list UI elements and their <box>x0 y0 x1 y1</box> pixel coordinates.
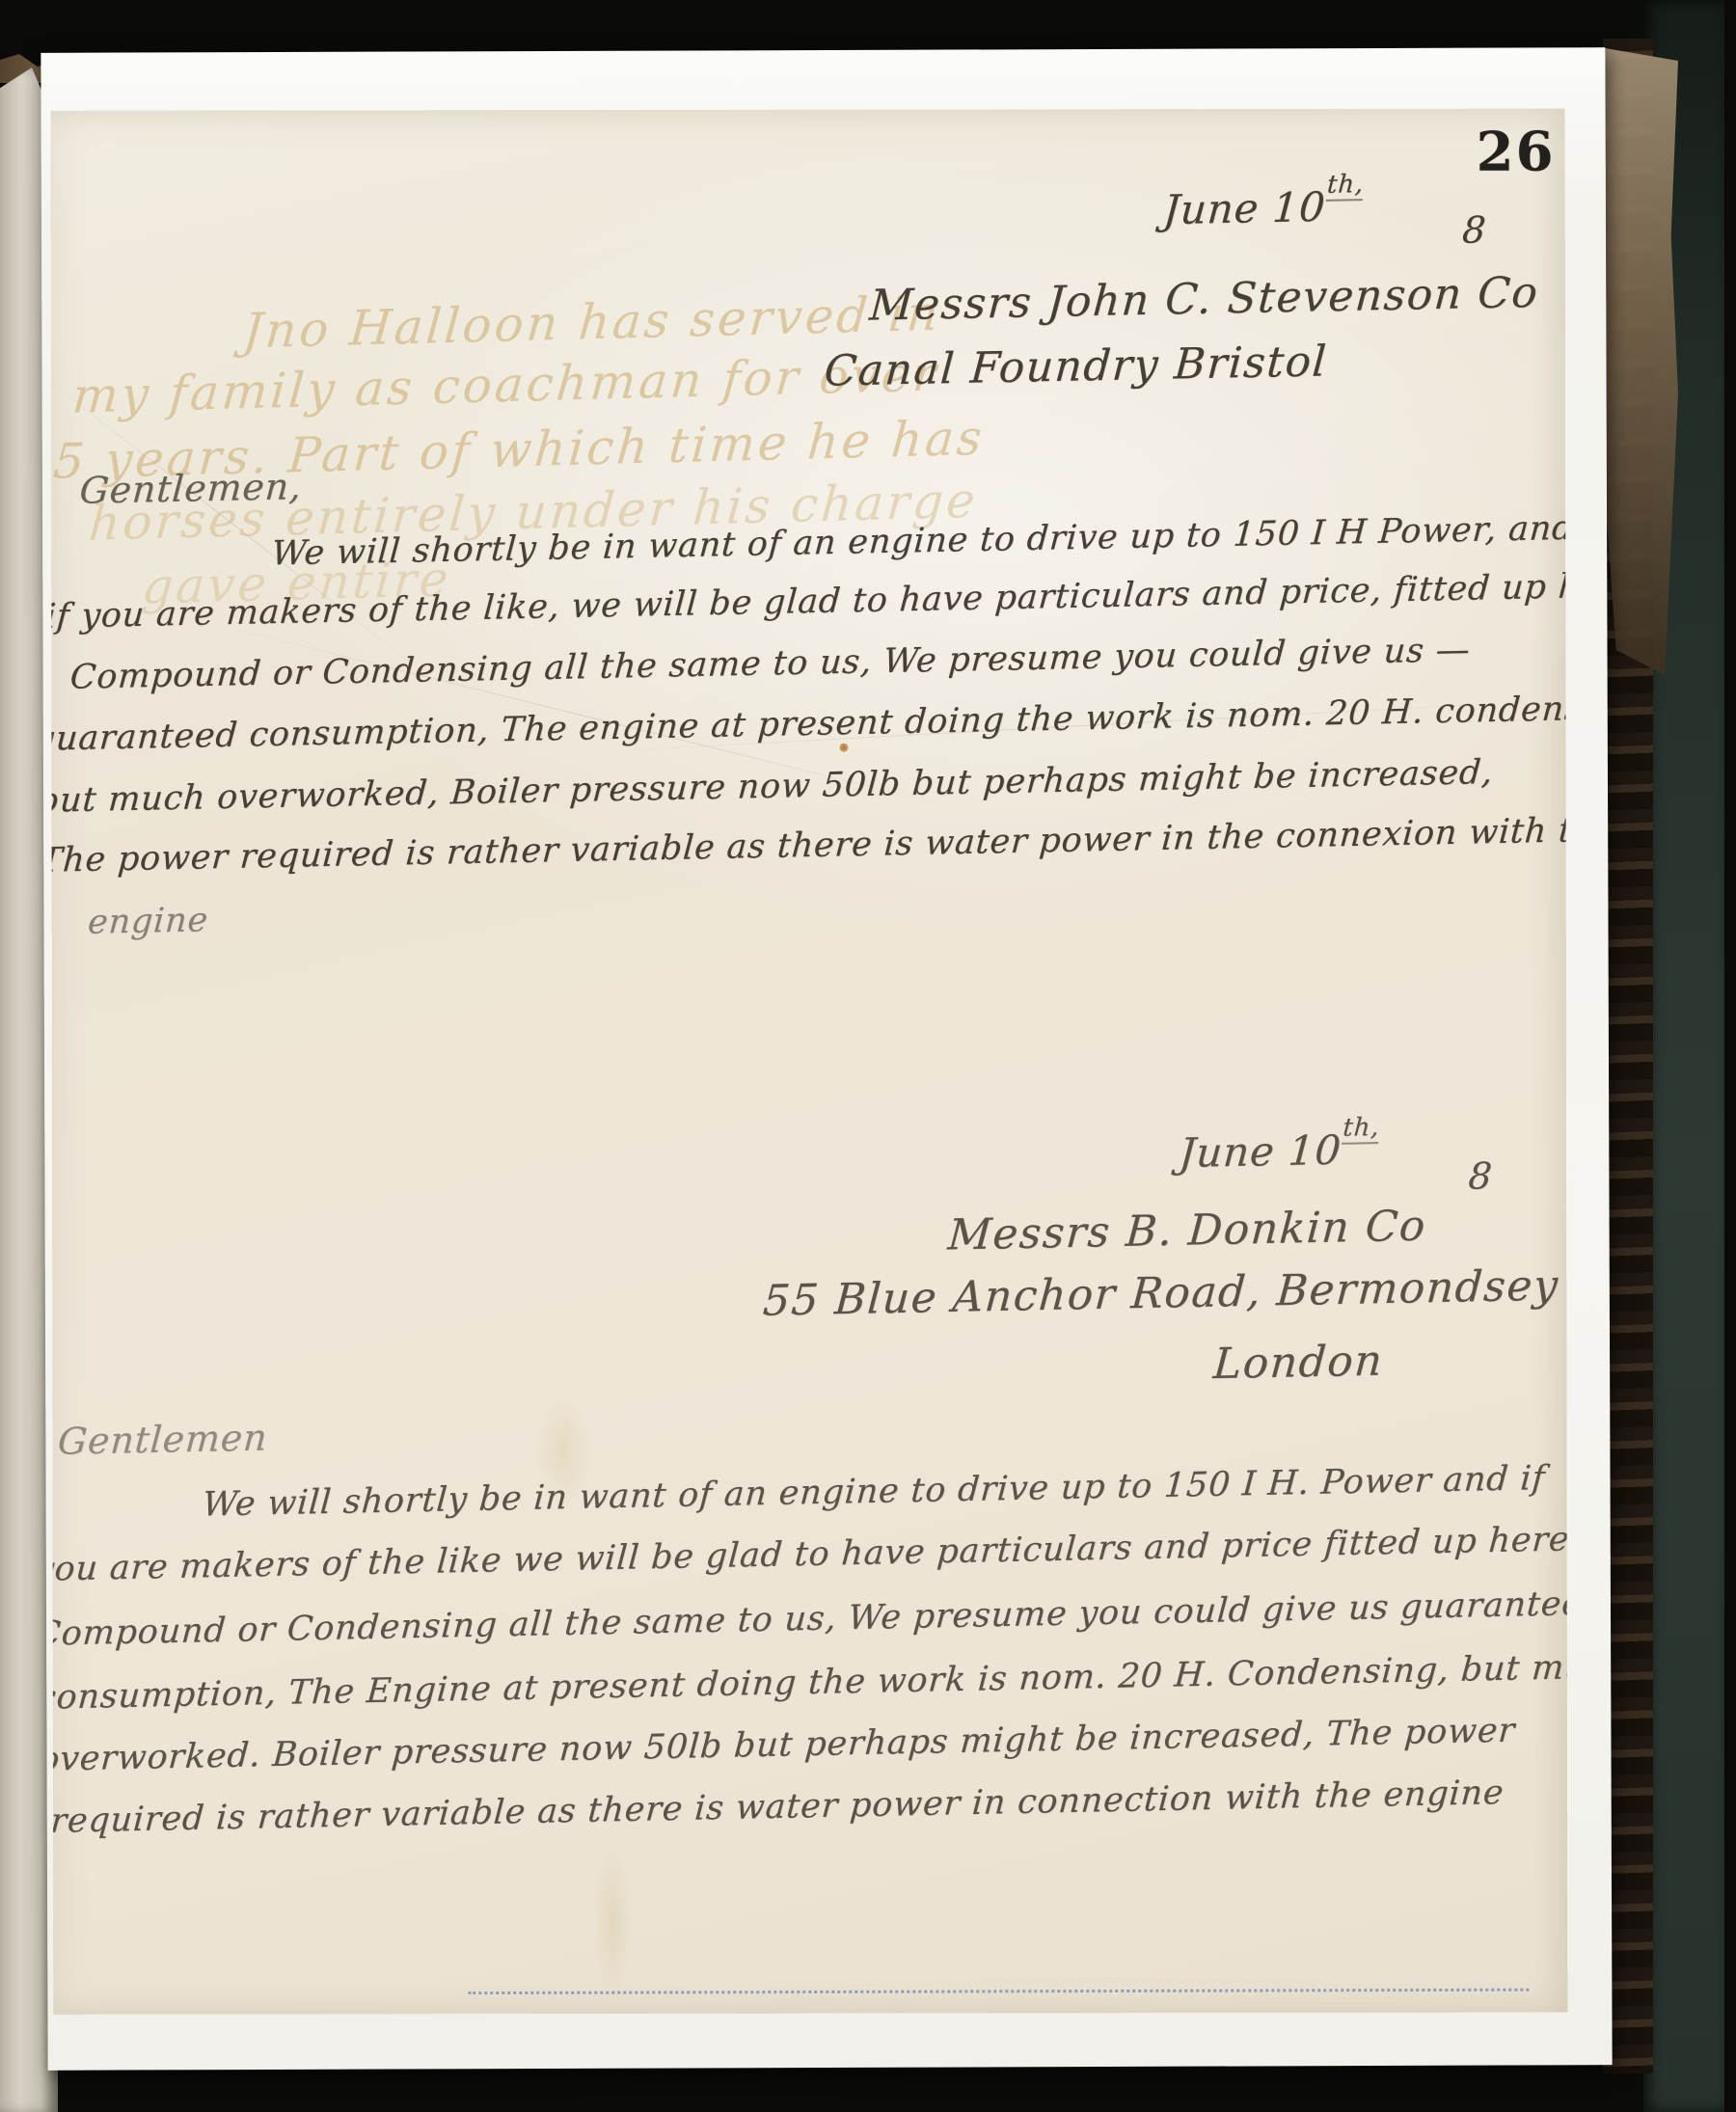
ghost-text-line: my family as coachman for over <box>70 345 941 423</box>
letter1-dateline: June 10th, <box>1162 182 1364 233</box>
letter-page: Jno Halloon has served in my family as c… <box>51 109 1568 2015</box>
date-text: June 10 <box>1162 183 1327 233</box>
letter2-body-line: Compound or Condensing all the same to u… <box>51 1584 1568 1654</box>
letter1-body-line: guaranteed consumption, The engine at pr… <box>51 689 1568 759</box>
letter2-address-line: Messrs B. Donkin Co <box>946 1202 1427 1260</box>
backing-sheet: Jno Halloon has served in my family as c… <box>41 47 1612 2071</box>
letter2-folio: 8 <box>1467 1154 1494 1198</box>
letter2-body-line: consumption, The Engine at present doing… <box>51 1647 1568 1718</box>
letter2-dateline: June 10th, <box>1178 1125 1379 1177</box>
date-text: June 10 <box>1178 1126 1343 1177</box>
letter2-salutation: Gentlemen <box>57 1416 269 1462</box>
date-suffix: th, <box>1326 170 1365 202</box>
letterbook-scan: Jno Halloon has served in my family as c… <box>0 0 1736 2112</box>
letter-1: June 10th, 8 Messrs John C. Stevenson Co… <box>51 109 1565 111</box>
letter1-address-line: Canal Foundry Bristol <box>823 337 1329 395</box>
letter2-address-line: 55 Blue Anchor Road, Bermondsey <box>761 1260 1560 1325</box>
date-suffix: th, <box>1342 1113 1380 1145</box>
ink-stain <box>839 744 848 752</box>
letter2-body-line: We will shortly be in want of an engine … <box>202 1459 1547 1525</box>
page-number: 26 <box>1477 121 1556 184</box>
blue-deckle-edge <box>468 1989 1529 1994</box>
letter1-body-line: engine <box>87 901 210 942</box>
letter1-address-line: Messrs John C. Stevenson Co <box>868 268 1540 331</box>
paper-stain <box>593 1846 632 2000</box>
letter1-body-line: The power required is rather variable as… <box>51 811 1568 880</box>
letter1-folio: 8 <box>1461 208 1488 252</box>
letter-2: June 10th, 8 Messrs B. Donkin Co 55 Blue… <box>51 109 1565 111</box>
letter1-salutation: Gentlemen, <box>78 465 303 512</box>
letter2-address-line: London <box>1211 1337 1384 1390</box>
letter2-body-line: overworked. Boiler pressure now 50lb but… <box>51 1712 1517 1779</box>
letter2-body-line: required is rather variable as there is … <box>51 1774 1505 1841</box>
letter2-body-line: you are makers of the like we will be gl… <box>51 1520 1568 1588</box>
